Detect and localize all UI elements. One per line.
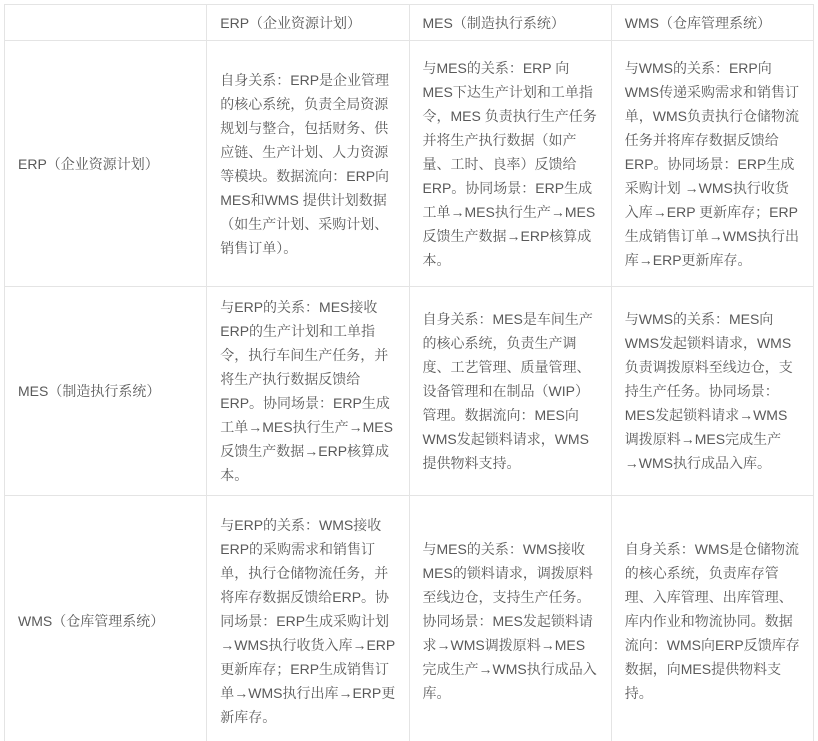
page: ERP（企业资源计划） MES（制造执行系统） WMS（仓库管理系统） ERP（… [0, 0, 818, 741]
column-header-mes: MES（制造执行系统） [409, 5, 611, 41]
cell-mes-self: 自身关系：MES是车间生产的核心系统，负责生产调度、工艺管理、质量管理、设备管理… [409, 287, 611, 496]
cell-wms-self: 自身关系：WMS是仓储物流的核心系统，负责库存管理、入库管理、出库管理、库内作业… [611, 496, 813, 741]
cell-erp-self: 自身关系：ERP是企业管理的核心系统，负责全局资源规划与整合，包括财务、供应链、… [207, 41, 409, 287]
table-row-wms: WMS（仓库管理系统） 与ERP的关系：WMS接收ERP的采购需求和销售订单，执… [5, 496, 814, 741]
cell-mes-erp: 与ERP的关系：MES接收ERP的生产计划和工单指令，执行车间生产任务，并将生产… [207, 287, 409, 496]
row-header-mes: MES（制造执行系统） [5, 287, 207, 496]
row-header-wms: WMS（仓库管理系统） [5, 496, 207, 741]
cell-mes-wms: 与WMS的关系：MES向WMS发起锁料请求，WMS负责调拨原料至线边仓，支持生产… [611, 287, 813, 496]
cell-erp-wms: 与WMS的关系：ERP向WMS传递采购需求和销售订单，WMS负责执行仓储物流任务… [611, 41, 813, 287]
column-header-erp: ERP（企业资源计划） [207, 5, 409, 41]
cell-wms-mes: 与MES的关系：WMS接收MES的锁料请求，调拨原料至线边仓，支持生产任务。协同… [409, 496, 611, 741]
table-header-row: ERP（企业资源计划） MES（制造执行系统） WMS（仓库管理系统） [5, 5, 814, 41]
cell-wms-erp: 与ERP的关系：WMS接收ERP的采购需求和销售订单，执行仓储物流任务，并将库存… [207, 496, 409, 741]
erp-mes-wms-relationship-table: ERP（企业资源计划） MES（制造执行系统） WMS（仓库管理系统） ERP（… [4, 4, 814, 741]
row-header-erp: ERP（企业资源计划） [5, 41, 207, 287]
table-row-mes: MES（制造执行系统） 与ERP的关系：MES接收ERP的生产计划和工单指令，执… [5, 287, 814, 496]
corner-header-cell [5, 5, 207, 41]
cell-erp-mes: 与MES的关系：ERP 向 MES下达生产计划和工单指令，MES 负责执行生产任… [409, 41, 611, 287]
column-header-wms: WMS（仓库管理系统） [611, 5, 813, 41]
table-row-erp: ERP（企业资源计划） 自身关系：ERP是企业管理的核心系统，负责全局资源规划与… [5, 41, 814, 287]
